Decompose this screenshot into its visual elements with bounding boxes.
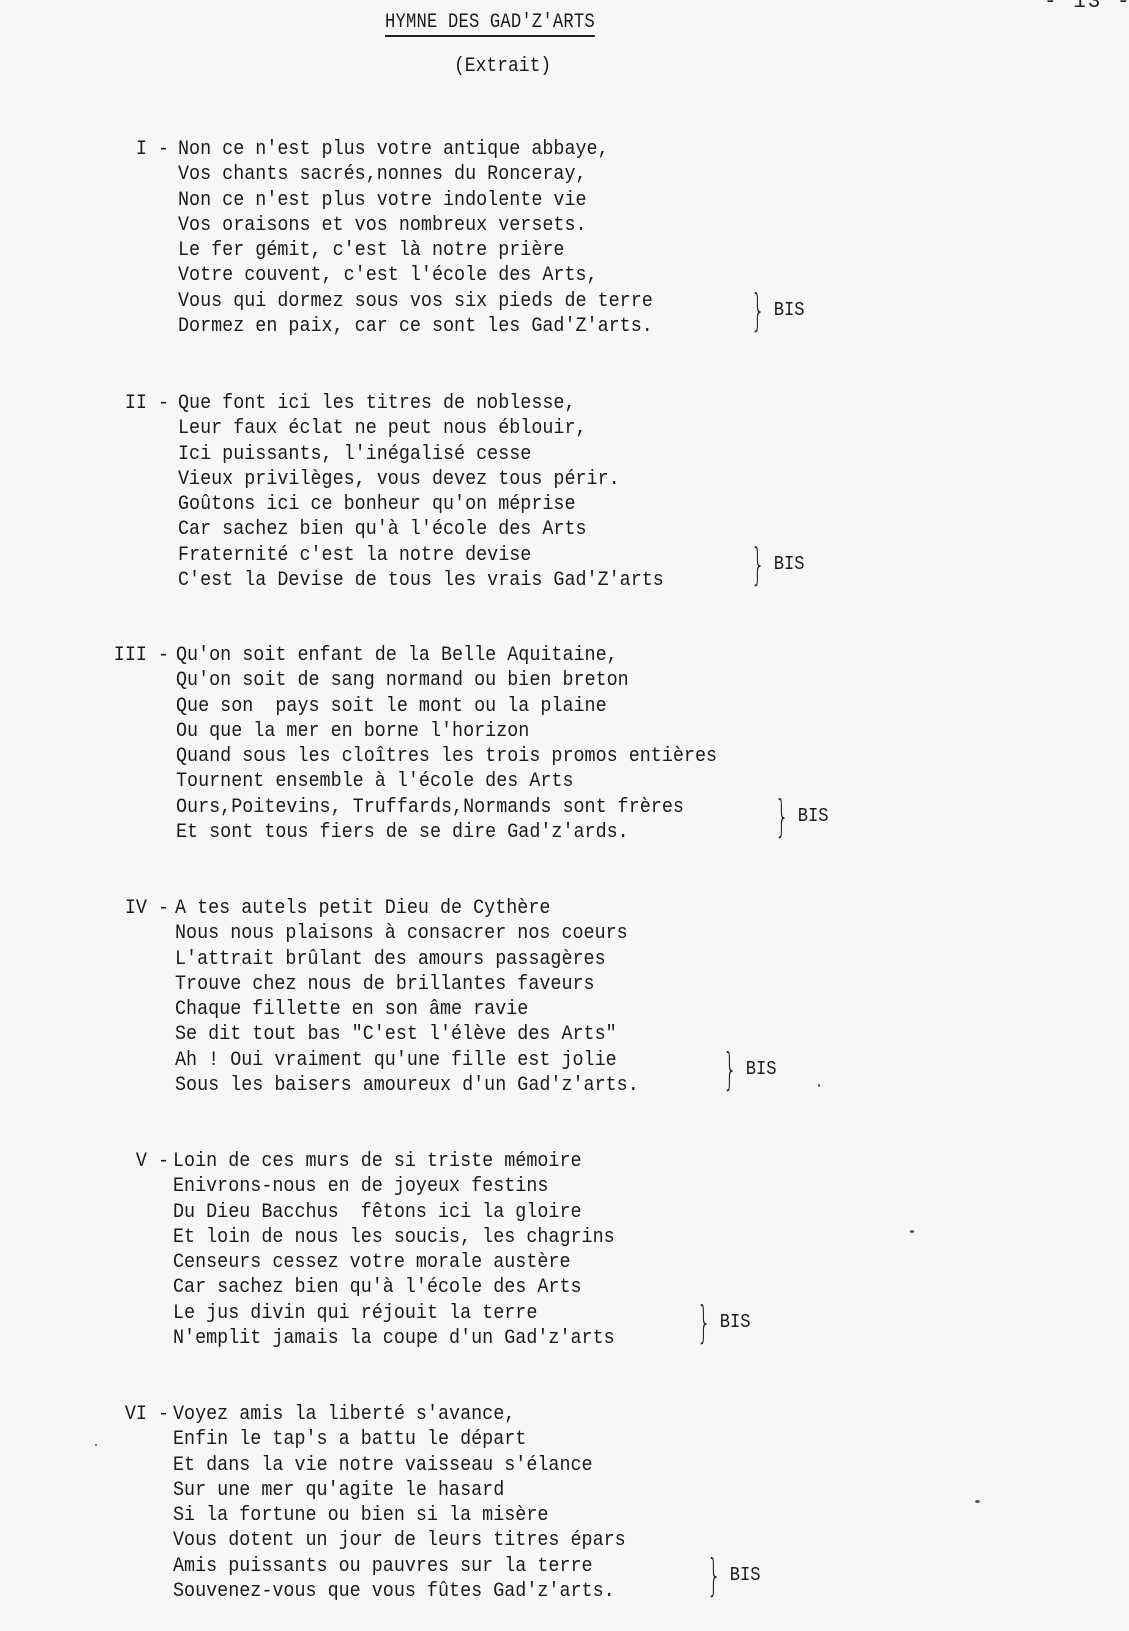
stanza-number: II -: [14, 391, 169, 416]
verse-line: Tournent ensemble à l'école des Arts: [176, 769, 717, 794]
verse-line: Sous les baisers amoureux d'un Gad'z'art…: [175, 1073, 639, 1098]
stanza-number: III -: [14, 643, 169, 668]
verse-line: Ah ! Oui vraiment qu'une fille est jolie: [175, 1048, 639, 1073]
verse-line: Qu'on soit de sang normand ou bien breto…: [176, 668, 717, 693]
verse-line: Dormez en paix, car ce sont les Gad'Z'ar…: [178, 314, 653, 339]
stanza-number: I -: [14, 137, 169, 162]
verse-line: Trouve chez nous de brillantes faveurs: [175, 972, 639, 997]
right-brace-icon: }: [707, 1554, 721, 1598]
verse-line: Le jus divin qui réjouit la terre: [173, 1301, 615, 1326]
bis-label: BIS: [730, 1563, 761, 1588]
stanza-lines: A tes autels petit Dieu de CythèreNous n…: [175, 896, 639, 1098]
bis-label: BIS: [798, 804, 829, 829]
scan-speck: [818, 1084, 820, 1087]
right-brace-icon: }: [775, 795, 789, 839]
verse-line: L'attrait brûlant des amours passagères: [175, 947, 639, 972]
right-brace-icon: }: [723, 1048, 737, 1092]
verse-line: Censeurs cessez votre morale austère: [173, 1250, 615, 1275]
bis-label: BIS: [774, 298, 805, 323]
right-brace-icon: }: [751, 289, 765, 333]
verse-line: Loin de ces murs de si triste mémoire: [173, 1149, 615, 1174]
verse-line: Sur une mer qu'agite le hasard: [173, 1478, 626, 1503]
bis-label: BIS: [720, 1310, 751, 1335]
verse-line: Car sachez bien qu'à l'école des Arts: [173, 1275, 615, 1300]
repeat-marker: }BIS: [744, 289, 806, 333]
stanza-lines: Non ce n'est plus votre antique abbaye,V…: [178, 137, 653, 339]
verse-line: Vous dotent un jour de leurs titres épar…: [173, 1528, 626, 1553]
verse-line: Quand sous les cloîtres les trois promos…: [176, 744, 717, 769]
verse-line: Et sont tous fiers de se dire Gad'z'ards…: [176, 820, 717, 845]
verse-line: Votre couvent, c'est l'école des Arts,: [178, 263, 653, 288]
verse-line: Vos oraisons et vos nombreux versets.: [178, 213, 653, 238]
verse-line: Vous qui dormez sous vos six pieds de te…: [178, 289, 653, 314]
verse-line: Du Dieu Bacchus fêtons ici la gloire: [173, 1200, 615, 1225]
scan-speck: [95, 1444, 97, 1446]
verse-line: C'est la Devise de tous les vrais Gad'Z'…: [178, 568, 664, 593]
repeat-marker: }BIS: [716, 1048, 778, 1092]
verse-line: Non ce n'est plus votre antique abbaye,: [178, 137, 653, 162]
verse-line: Si la fortune ou bien si la misère: [173, 1503, 626, 1528]
stanza-number: IV -: [14, 896, 169, 921]
repeat-marker: }BIS: [768, 795, 830, 839]
verse-line: Que font ici les titres de noblesse,: [178, 391, 664, 416]
document-subtitle: (Extrait): [454, 56, 551, 78]
verse-line: Le fer gémit, c'est là notre prière: [178, 238, 653, 263]
verse-line: Car sachez bien qu'à l'école des Arts: [178, 517, 664, 542]
stanza-lines: Loin de ces murs de si triste mémoireEni…: [173, 1149, 615, 1351]
right-brace-icon: }: [751, 543, 765, 587]
scan-speck: [910, 1230, 914, 1233]
verse-line: Vieux privilèges, vous devez tous périr.: [178, 467, 664, 492]
verse-line: Enfin le tap's a battu le départ: [173, 1427, 626, 1452]
page-number: - 13 -: [1044, 0, 1129, 14]
bis-label: BIS: [774, 552, 805, 577]
right-brace-icon: }: [697, 1301, 711, 1345]
verse-line: A tes autels petit Dieu de Cythère: [175, 896, 639, 921]
verse-line: Goûtons ici ce bonheur qu'on méprise: [178, 492, 664, 517]
document-title: HYMNE DES GAD'Z'ARTS: [385, 12, 595, 37]
repeat-marker: }BIS: [700, 1554, 762, 1598]
stanza-number: V -: [14, 1149, 169, 1174]
repeat-marker: }BIS: [744, 543, 806, 587]
verse-line: Ici puissants, l'inégalisé cesse: [178, 442, 664, 467]
verse-line: Ou que la mer en borne l'horizon: [176, 719, 717, 744]
verse-line: Nous nous plaisons à consacrer nos coeur…: [175, 921, 639, 946]
verse-line: Souvenez-vous que vous fûtes Gad'z'arts.: [173, 1579, 626, 1604]
verse-line: Et loin de nous les soucis, les chagrins: [173, 1225, 615, 1250]
verse-line: Non ce n'est plus votre indolente vie: [178, 188, 653, 213]
stanza-lines: Que font ici les titres de noblesse,Leur…: [178, 391, 664, 593]
verse-line: Fraternité c'est la notre devise: [178, 543, 664, 568]
verse-line: Et dans la vie notre vaisseau s'élance: [173, 1453, 626, 1478]
verse-line: Leur faux éclat ne peut nous éblouir,: [178, 416, 664, 441]
stanza-lines: Qu'on soit enfant de la Belle Aquitaine,…: [176, 643, 717, 845]
verse-line: Qu'on soit enfant de la Belle Aquitaine,: [176, 643, 717, 668]
verse-line: Enivrons-nous en de joyeux festins: [173, 1174, 615, 1199]
stanza-lines: Voyez amis la liberté s'avance,Enfin le …: [173, 1402, 626, 1604]
verse-line: Ours,Poitevins, Truffards,Normands sont …: [176, 795, 717, 820]
verse-line: Amis puissants ou pauvres sur la terre: [173, 1554, 626, 1579]
stanza-number: VI -: [14, 1402, 169, 1427]
repeat-marker: }BIS: [690, 1301, 752, 1345]
verse-line: Chaque fillette en son âme ravie: [175, 997, 639, 1022]
verse-line: Se dit tout bas "C'est l'élève des Arts": [175, 1022, 639, 1047]
scan-speck: [975, 1500, 980, 1503]
verse-line: Voyez amis la liberté s'avance,: [173, 1402, 626, 1427]
bis-label: BIS: [746, 1057, 777, 1082]
verse-line: Que son pays soit le mont ou la plaine: [176, 694, 717, 719]
verse-line: N'emplit jamais la coupe d'un Gad'z'arts: [173, 1326, 615, 1351]
verse-line: Vos chants sacrés,nonnes du Ronceray,: [178, 162, 653, 187]
